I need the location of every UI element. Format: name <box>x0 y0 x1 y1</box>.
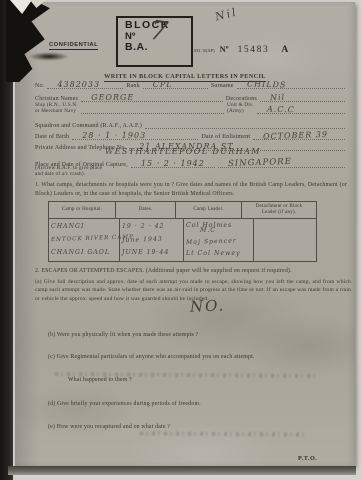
pow-liberation-questionnaire-form: CONFIDENTIAL BLOCK Nº B.A. 7 Nil M.I. 9/… <box>15 2 355 466</box>
field-value-christian-names: GEORGE <box>91 93 134 102</box>
question-what-happened: What happened to them ? <box>68 376 132 385</box>
field-row-ship-unit: Ship (R.N., U.S.N. or Merchant Navy Unit… <box>35 102 345 114</box>
camps-table: Camp or Hospital. Dates. Camp Leader. De… <box>48 201 317 262</box>
confidential-label: CONFIDENTIAL <box>49 42 98 50</box>
field-value-enlistment: OCTOBER 39 <box>263 130 328 141</box>
column-camp-leader: Col HolmesM.C Maj Spencer Lt Col Newey <box>184 219 254 261</box>
pto-label: P.T.O. <box>298 455 317 462</box>
field-capture-place: SINGAPORE <box>218 158 345 168</box>
mi9-serial-line: M.I. 9/(AP) Nº 15483 A <box>194 44 288 55</box>
dates-cell: JUNE 19·44 <box>122 250 181 256</box>
dates-cell: June 1943 <box>122 236 181 244</box>
question-e: (e) How were you recaptured and on what … <box>48 423 170 432</box>
header-dates: Dates. <box>116 202 176 218</box>
block-number-stamp: BLOCK Nº B.A. 7 <box>116 16 193 67</box>
answer-no-handwritten: NO. <box>190 296 226 315</box>
field-label-ship: Ship (R.N., U.S.N. or Merchant Navy <box>35 102 78 114</box>
dates-cell: 19 · 2 · 42 <box>122 224 181 230</box>
field-no: 4382033 <box>47 79 123 89</box>
field-dob: 28 · 1 · 1903 <box>72 130 198 140</box>
field-value-surname: CHILDS <box>246 79 286 89</box>
field-surname: CHILDS <box>237 79 345 89</box>
ink-smudge <box>27 51 79 62</box>
field-value-rank: CPL <box>153 80 173 89</box>
field-label-squadron: Squadron and Command (R.A.F., A.A.F.) <box>35 123 142 129</box>
field-value-no: 4382033 <box>57 80 100 89</box>
question-b: (b) Were you physically fit when you mad… <box>48 331 198 340</box>
field-value-capture-place: SINGAPORE <box>228 157 292 169</box>
field-value-address-line2: WESTHARTLEPOOL DURHAM <box>105 147 261 156</box>
field-capture-date: 15 · 2 · 1942 <box>131 158 215 168</box>
camp-cell: CHANGI GAOL <box>51 250 117 256</box>
camps-table-header: Camp or Hospital. Dates. Camp Leader. De… <box>49 202 316 219</box>
field-decorations: Nil <box>260 92 345 102</box>
field-value-unit: A.C.C <box>267 105 295 115</box>
question-1: 1. What camps, detachments or hospitals … <box>35 181 347 198</box>
field-christian-names: GEORGE <box>81 92 223 102</box>
header-camp-leader: Camp Leader. <box>176 202 242 218</box>
field-label-no: No. <box>35 83 44 89</box>
column-block-leader <box>254 219 316 261</box>
header-detachment-block-leader: Detachment or Block Leader (if any). <box>242 202 316 218</box>
serial-series-letter: A <box>281 45 288 55</box>
field-label-rank: Rank <box>126 83 139 89</box>
column-camp: CHANGI ENTOCK RIVER CAMP CHANGI GAOL <box>49 219 120 261</box>
field-unit: A.C.C <box>257 104 345 114</box>
field-row-squadron: Squadron and Command (R.A.F., A.A.F.) <box>35 119 345 129</box>
header-camp-or-hospital: Camp or Hospital. <box>49 202 116 218</box>
column-dates: 19 · 2 · 42 June 1943 JUNE 19·44 <box>120 219 184 261</box>
field-value-dob: 28 · 1 · 1903 <box>82 131 146 140</box>
question-c: (c) Give Regimental particulars of anyon… <box>48 353 255 362</box>
field-label-dob: Date of Birth <box>35 134 69 140</box>
camp-cell: ENTOCK RIVER CAMP <box>51 236 117 244</box>
field-rank: CPL <box>143 79 208 89</box>
leader-cell: Maj Spencer <box>186 238 251 246</box>
field-row-names: Christian Names GEORGE Decorations Nil <box>35 92 345 102</box>
camp-cell: CHANGI <box>51 224 117 230</box>
field-label-surname: Surname <box>211 83 234 89</box>
serial-number: 15483 <box>238 45 270 55</box>
field-ship <box>81 104 224 114</box>
leader-cell: Lt Col Newey <box>186 251 251 257</box>
serial-no-label: Nº <box>220 44 229 54</box>
field-label-enlistment: Date of Enlistment <box>201 134 250 140</box>
camps-table-body: CHANGI ENTOCK RIVER CAMP CHANGI GAOL 19 … <box>49 219 316 261</box>
field-value-decorations: Nil <box>270 93 285 103</box>
pencil-nil-annotation: Nil <box>214 5 239 23</box>
bleed-through-marks <box>140 431 305 436</box>
field-squadron <box>145 119 345 129</box>
leader-cell: Col HolmesM.C <box>186 223 251 234</box>
capture-note-line2: and date of a/c crash). <box>35 171 85 177</box>
field-value-capture-date: 15 · 2 · 1942 <box>141 159 205 168</box>
field-row-dates: Date of Birth 28 · 1 · 1903 Date of Enli… <box>35 130 345 140</box>
question-d: (d) Give briefly your experiences during… <box>48 400 201 409</box>
mi9-reference: M.I. 9/(AP) <box>194 48 215 53</box>
field-row-identity: No. 4382033 Rank CPL Surname CHILDS <box>35 79 345 89</box>
section-2-heading: 2. ESCAPES OR ATTEMPTED ESCAPES. (Additi… <box>35 267 350 276</box>
paper-bottom-shadow <box>8 466 356 475</box>
field-label-unit: Unit & Div. (Army) <box>227 102 254 114</box>
field-enlistment: OCTOBER 39 <box>253 130 345 140</box>
